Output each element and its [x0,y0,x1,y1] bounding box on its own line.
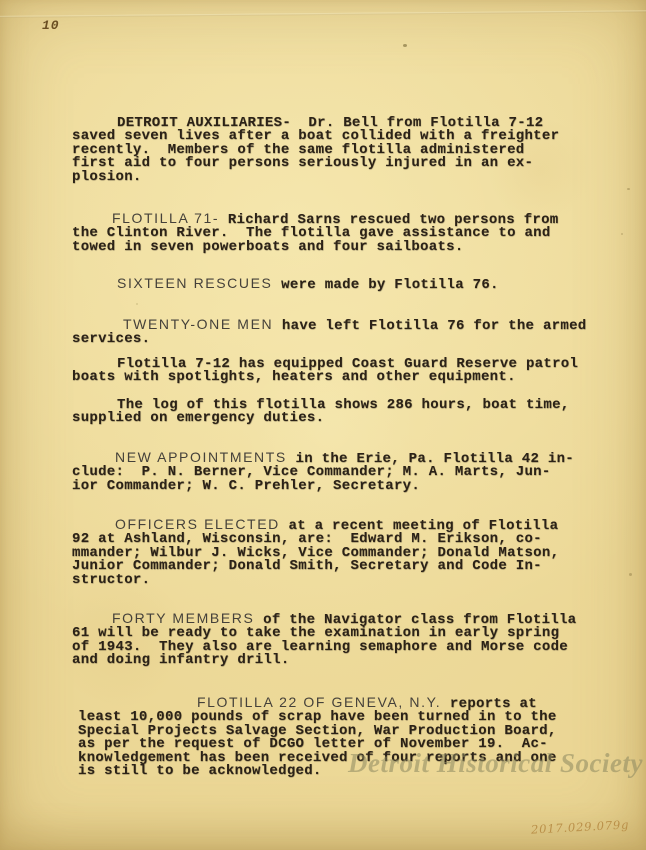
section-heading: SIXTEEN RESCUES [117,275,272,291]
body-line: services. [72,333,586,346]
body-line: boats with spotlights, heaters and other… [72,371,578,384]
para-sixteen-rescues: SIXTEEN RESCUES were made by Flotilla 76… [72,277,499,292]
paper-crease [0,10,646,18]
paper-speck [403,44,407,47]
para-officers-elected: OFFICERS ELECTED at a recent meeting of … [72,518,559,587]
body-line: structor. [72,574,559,587]
body-text: were made by Flotilla 76. [272,277,498,293]
para-log-hours: The log of this flotilla shows 286 hours… [72,399,569,426]
para-flotilla-71: FLOTILLA 71- Richard Sarns rescued two p… [72,212,559,254]
section-heading: NEW APPOINTMENTS [115,449,287,465]
para-twenty-one-men: TWENTY-ONE MEN have left Flotilla 76 for… [72,318,586,347]
section-heading: FORTY MEMBERS [112,610,254,626]
accession-number: 2017.029.079g [531,817,630,836]
paper-speck [629,573,632,576]
section-heading: TWENTY-ONE MEN [123,316,273,332]
body-line: ior Commander; W. C. Prehler, Secretary. [72,480,574,493]
paper-speck [136,303,138,305]
paper-speck [627,188,630,190]
para-flotilla-7-12-equipment: Flotilla 7-12 has equipped Coast Guard R… [72,358,578,385]
body-line: plosion. [72,171,559,184]
body-line: towed in seven powerboats and four sailb… [72,241,559,254]
section-heading: OFFICERS ELECTED [115,516,280,532]
body-line: and doing infantry drill. [72,654,576,667]
section-heading: FLOTILLA 71- [112,210,219,226]
page-number: 10 [42,18,60,33]
body-line: first aid to four persons seriously inju… [72,157,559,170]
body-text: have left Flotilla 76 for the armed [273,318,586,334]
section-heading: FLOTILLA 22 OF GENEVA, N.Y. [197,694,441,710]
para-detroit-auxiliaries: DETROIT AUXILIARIES- Dr. Bell from Floti… [72,117,559,184]
body-line-first: SIXTEEN RESCUES were made by Flotilla 76… [72,277,499,292]
body-line: supplied on emergency duties. [72,412,569,425]
para-new-appointments: NEW APPOINTMENTS in the Erie, Pa. Flotil… [72,451,574,493]
para-forty-members: FORTY MEMBERS of the Navigator class fro… [72,612,576,668]
document-page: 10 DETROIT AUXILIARIES- Dr. Bell from Fl… [0,0,646,850]
paper-speck [621,233,623,235]
watermark-text: Detroit Historical Society [348,748,643,779]
